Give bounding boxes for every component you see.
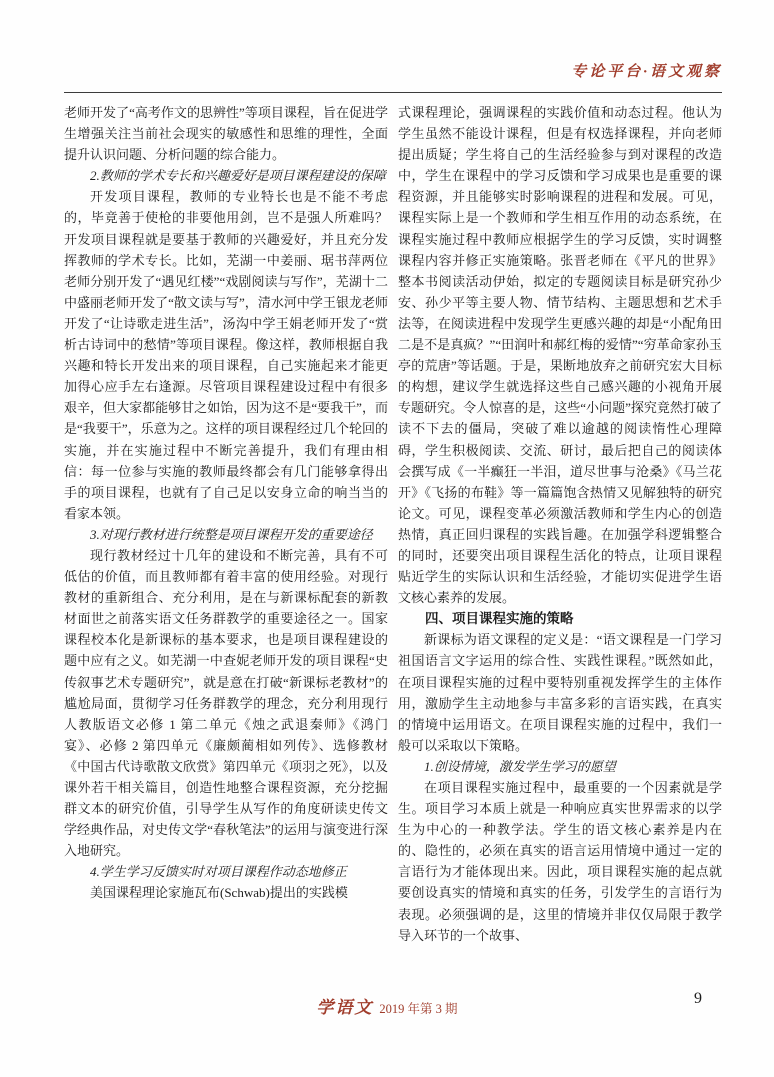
subsection-heading: 2.教师的学术专长和兴趣爱好是项目课程建设的保障: [64, 165, 388, 186]
body-paragraph: 美国课程理论家施瓦布(Schwab)提出的实践模: [64, 882, 388, 903]
body-paragraph: 开发项目课程，教师的专业特长也是不能不考虑的，毕竟善于使枪的非要他用剑，岂不是强…: [64, 186, 388, 524]
journal-page: 专论平台·语文观察 老师开发了“高考作文的思辨性”等项目课程，旨在促进学生增强关…: [0, 0, 774, 1077]
page-number: 9: [694, 990, 702, 1008]
body-paragraph: 现行教材经过十几年的建设和不断完善，具有不可低估的价值，而且教师都有着丰富的使用…: [64, 545, 388, 861]
left-column: 老师开发了“高考作文的思辨性”等项目课程，旨在促进学生增强关注当前社会现实的敏感…: [64, 102, 388, 990]
body-paragraph: 在项目课程实施过程中，最重要的一个因素就是学生。项目学习本质上就是一种响应真实世…: [398, 777, 722, 946]
right-column: 式课程理论，强调课程的实践价值和动态过程。他认为学生虽然不能设计课程，但是有权选…: [398, 102, 722, 990]
subsection-heading: 1.创设情境，激发学生学习的愿望: [398, 756, 722, 777]
article-body: 老师开发了“高考作文的思辨性”等项目课程，旨在促进学生增强关注当前社会现实的敏感…: [64, 102, 722, 990]
footer: 学语文2019 年第 3 期: [0, 993, 774, 1018]
header-rule: [64, 92, 722, 93]
body-paragraph: 新课标为语文课程的定义是：“语文课程是一门学习祖国语言文字运用的综合性、实践性课…: [398, 629, 722, 756]
page-header-section-label: 专论平台·语文观察: [64, 60, 722, 81]
body-paragraph: 式课程理论，强调课程的实践价值和动态过程。他认为学生虽然不能设计课程，但是有权选…: [398, 102, 722, 608]
issue-label: 2019 年第 3 期: [379, 1002, 457, 1016]
subsection-heading: 3.对现行教材进行统整是项目课程开发的重要途径: [64, 524, 388, 545]
body-paragraph: 老师开发了“高考作文的思辨性”等项目课程，旨在促进学生增强关注当前社会现实的敏感…: [64, 102, 388, 165]
subsection-heading: 4.学生学习反馈实时对项目课程作动态地修正: [64, 861, 388, 882]
section-heading: 四、项目课程实施的策略: [398, 608, 722, 629]
journal-logo: 学语文: [316, 998, 373, 1017]
